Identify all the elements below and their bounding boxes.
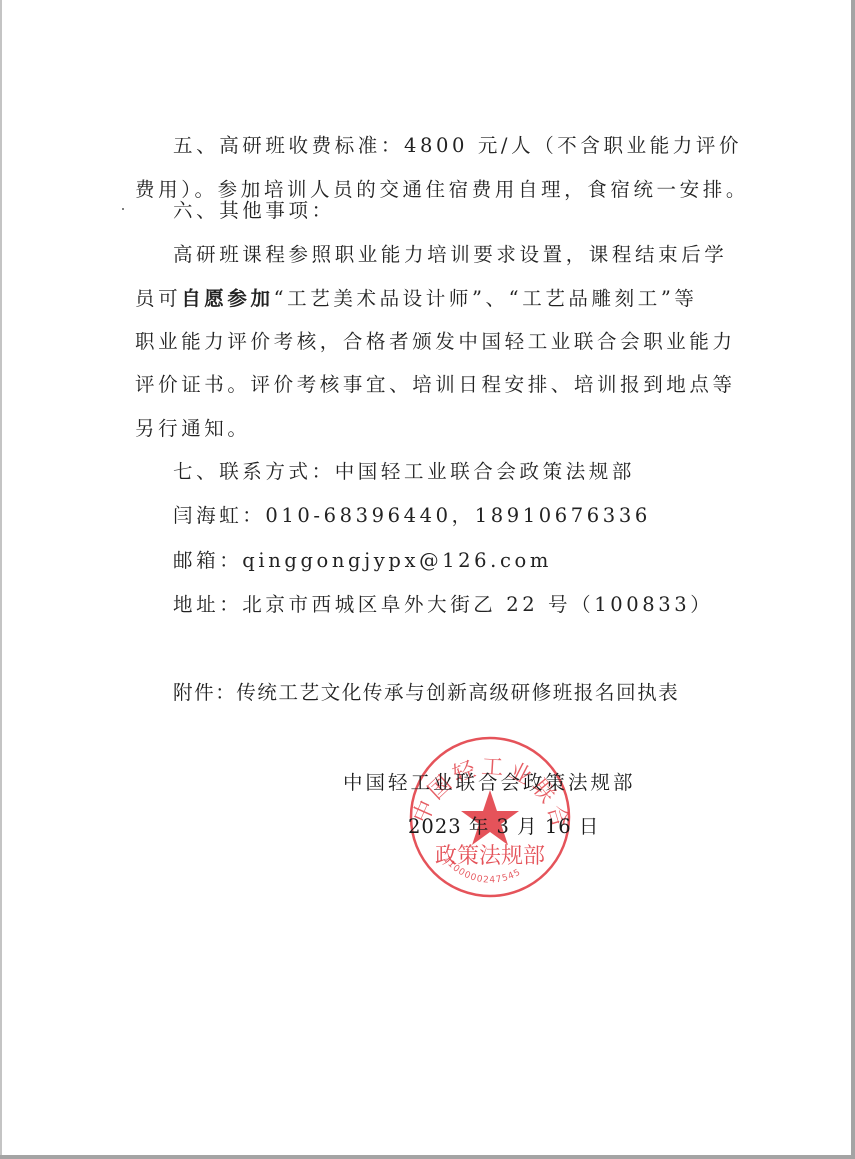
fee-line-1: 五、高研班收费标准：4800 元/人（不含职业能力评价 [173,131,753,161]
scan-speck [122,208,124,210]
contact-address: 地址：北京市西城区阜外大街乙 22 号（100833） [173,590,753,620]
contact-email: 邮箱：qinggongjypx@126.com [173,546,753,576]
other-para-line-1: 高研班课程参照职业能力培训要求设置，课程结束后学 [173,240,753,270]
other-para-line-2: 员可自愿参加“工艺美术品设计师”、“工艺品雕刻工”等 [135,284,715,314]
other-heading: 六、其他事项： [173,196,753,226]
other-para-line-2-prefix: 员可 [135,287,181,310]
other-para-line-2-suffix: “工艺美术品设计师”、“工艺品雕刻工”等 [274,287,698,310]
signature-organization: 中国轻工业联合会政策法规部 [343,768,636,798]
contact-person: 闫海虹：010-68396440，18910676336 [173,501,753,531]
attachment-line: 附件：传统工艺文化传承与创新高级研修班报名回执表 [173,678,753,708]
other-para-line-4: 评价证书。评价考核事宜、培训日程安排、培训报到地点等 [135,370,715,400]
contact-heading: 七、联系方式：中国轻工业联合会政策法规部 [173,457,753,487]
other-para-line-5: 另行通知。 [135,414,715,444]
page-border-left [0,0,2,1159]
other-para-line-2-bold: 自愿参加 [181,287,273,310]
page-border-right [851,0,855,1159]
other-para-line-3: 职业能力评价考核，合格者颁发中国轻工业联合会职业能力 [135,327,715,357]
page-border-bottom [0,1155,855,1159]
signature-date: 2023 年 3 月 16 日 [408,812,599,842]
